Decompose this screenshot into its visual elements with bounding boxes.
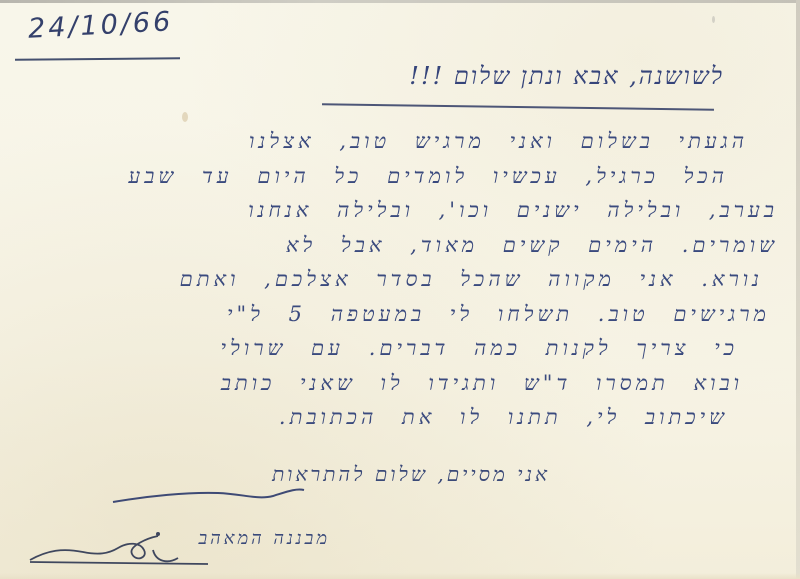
paper-stain <box>182 112 188 122</box>
paper-top-edge <box>0 0 800 3</box>
letter-closing: מבננה המאהב <box>198 528 330 549</box>
letter-body: הגעתי בשלום ואני מרגיש טוב, אצלנו הכל כר… <box>8 124 778 435</box>
greeting-underline <box>322 103 714 110</box>
paper-bottom-edge <box>0 573 800 579</box>
body-line: נורא. אני מקווה שהכל בסדר אצלכם, ואתם <box>8 262 763 297</box>
paper-right-edge <box>796 0 800 579</box>
signature-icon <box>28 528 208 568</box>
body-line: שומרים. הימים קשים מאוד, אבל לא <box>8 228 778 263</box>
body-line: ובוא תמסרו ד"ש ותגידו לו שאני כותב <box>8 366 743 401</box>
letter-greeting: לשושנה, אבא ונתן שלום !!! <box>409 62 724 91</box>
paper-mark <box>712 16 715 23</box>
body-line: בערב, ובלילה ישנים וכו', ובלילה אנחנו <box>8 193 778 228</box>
letter-paper: 24/10/66 לשושנה, אבא ונתן שלום !!! הגעתי… <box>0 0 800 579</box>
body-line: הגעתי בשלום ואני מרגיש טוב, אצלנו <box>8 124 748 159</box>
date-underline <box>15 57 180 60</box>
letter-signoff: אני מסיים, שלום להתראות <box>272 462 550 487</box>
body-line: מרגישים טוב. תשלחו לי במעטפה 5 ל"י <box>8 297 770 332</box>
letter-date: 24/10/66 <box>27 6 174 45</box>
body-line: כי צריך לקנות כמה דברים. עם שרולי <box>8 331 738 366</box>
body-line: הכל כרגיל, עכשיו לומדים כל היום עד שבע <box>8 159 728 194</box>
body-line: שיכתוב לי, תתנו לו את הכתובת. <box>8 400 728 435</box>
